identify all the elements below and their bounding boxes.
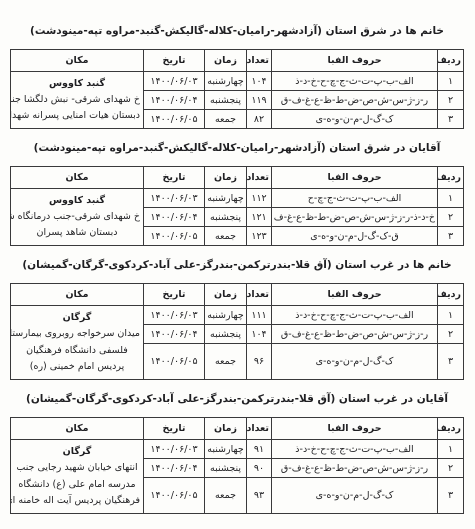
schedule-table: ردیف حروف الفبا تعداد زمان تاریخ مکان ۱ …: [10, 49, 464, 129]
day-cell: پنجشنبه: [205, 459, 247, 478]
table-row: ۱ الف-ب-پ-ت-ث-ج-چ-ح-خ-د-ذ ۹۱ چهارشنبه ۱۴…: [11, 440, 464, 459]
day-cell: پنجشنبه: [205, 208, 247, 227]
row-number: ۳: [438, 344, 464, 380]
col-header-letters: حروف الفبا: [272, 418, 438, 440]
count-cell: ۱۰۴: [247, 325, 272, 344]
day-cell: پنجشنبه: [205, 91, 247, 110]
col-header-date: تاریخ: [144, 284, 205, 306]
location-cell: گنبد کاووس خ شهدای شرقی-جنب درمانگاه شما…: [11, 189, 144, 246]
col-header-letters: حروف الفبا: [272, 50, 438, 72]
location-line: مدرسه امام علی (ع) دانشگاه: [14, 477, 140, 493]
section-title: خانم ها در غرب استان (آق قلا-بندرترکمن-ب…: [10, 259, 464, 271]
col-header-place: مکان: [11, 418, 144, 440]
location-city: گنبد کاووس: [14, 193, 140, 209]
row-number: ۲: [438, 459, 464, 478]
table-header-row: ردیف حروف الفبا تعداد زمان تاریخ مکان: [11, 167, 464, 189]
schedule-table: ردیف حروف الفبا تعداد زمان تاریخ مکان ۱ …: [10, 283, 464, 380]
day-cell: جمعه: [205, 478, 247, 514]
count-cell: ۱۰۴: [247, 72, 272, 91]
col-header-day: زمان: [205, 167, 247, 189]
date-cell: ۱۴۰۰/۰۶/۰۵: [144, 227, 205, 246]
date-cell: ۱۴۰۰/۰۶/۰۳: [144, 189, 205, 208]
section-east-men: آقایان در شرق استان (آزادشهر-رامیان-کلال…: [10, 142, 464, 246]
table-row: ۱ الف-ب-پ-ت-ث-ج-چ-ح ۱۱۲ چهارشنبه ۱۴۰۰/۰۶…: [11, 189, 464, 208]
table-row: ۱ الف-ب-پ-ت-ث-ج-چ-ح-خ-د-ذ ۱۱۱ چهارشنبه ۱…: [11, 306, 464, 325]
col-header-row-number: ردیف: [438, 284, 464, 306]
col-header-date: تاریخ: [144, 50, 205, 72]
location-line: فرهنگیان پردیس آیت اله خامنه ای: [14, 493, 140, 509]
letters-cell: ک-گ-ل-م-ن-و-ه-ی: [272, 478, 438, 514]
col-header-day: زمان: [205, 284, 247, 306]
count-cell: ۹۳: [247, 478, 272, 514]
section-title: خانم ها در شرق استان (آزادشهر-رامیان-کلا…: [10, 25, 464, 37]
col-header-date: تاریخ: [144, 167, 205, 189]
row-number: ۱: [438, 72, 464, 91]
location-cell: گنبد کاووس خ شهدای شرقی- نبش دلگشا جنوبی…: [11, 72, 144, 129]
col-header-place: مکان: [11, 284, 144, 306]
date-cell: ۱۴۰۰/۰۶/۰۳: [144, 440, 205, 459]
location-line: خ شهدای شرقی-جنب درمانگاه شماره۳: [14, 209, 140, 225]
row-number: ۳: [438, 227, 464, 246]
col-header-letters: حروف الفبا: [272, 284, 438, 306]
scanned-schedule-document: خانم ها در شرق استان (آزادشهر-رامیان-کلا…: [0, 0, 475, 514]
location-city: گنبد کاووس: [14, 76, 140, 92]
letters-cell: الف-ب-پ-ت-ث-ج-چ-ح-خ-د-ذ: [272, 72, 438, 91]
location-cell: گرگان انتهای خیابان شهید رجایی جنب مدرسه…: [11, 440, 144, 514]
col-header-count: تعداد: [247, 418, 272, 440]
date-cell: ۱۴۰۰/۰۶/۰۴: [144, 208, 205, 227]
day-cell: جمعه: [205, 344, 247, 380]
letters-cell: الف-ب-پ-ت-ث-ج-چ-ح: [272, 189, 438, 208]
schedule-table: ردیف حروف الفبا تعداد زمان تاریخ مکان ۱ …: [10, 417, 464, 514]
day-cell: چهارشنبه: [205, 306, 247, 325]
location-line: دبستان هیات امنایی پسرانه شهدا: [14, 108, 140, 124]
col-header-date: تاریخ: [144, 418, 205, 440]
day-cell: جمعه: [205, 110, 247, 129]
letters-cell: خ-د-ذ-ر-ز-ژ-س-ش-ص-ض-ط-ظ-ع-غ-ف: [272, 208, 438, 227]
letters-cell: ر-ز-ژ-س-ش-ص-ض-ط-ظ-ع-غ-ف-ق: [272, 325, 438, 344]
table-header-row: ردیف حروف الفبا تعداد زمان تاریخ مکان: [11, 284, 464, 306]
date-cell: ۱۴۰۰/۰۶/۰۴: [144, 91, 205, 110]
col-header-count: تعداد: [247, 50, 272, 72]
date-cell: ۱۴۰۰/۰۶/۰۵: [144, 344, 205, 380]
letters-cell: ر-ز-ژ-س-ش-ص-ض-ط-ظ-ع-غ-ف-ق: [272, 459, 438, 478]
section-west-men: آقایان در غرب استان (آق قلا-بندرترکمن-بن…: [10, 393, 464, 514]
date-cell: ۱۴۰۰/۰۶/۰۳: [144, 72, 205, 91]
row-number: ۱: [438, 440, 464, 459]
date-cell: ۱۴۰۰/۰۶/۰۳: [144, 306, 205, 325]
location-city: گرگان: [14, 310, 140, 326]
section-title: آقایان در شرق استان (آزادشهر-رامیان-کلال…: [10, 142, 464, 154]
count-cell: ۹۶: [247, 344, 272, 380]
date-cell: ۱۴۰۰/۰۶/۰۵: [144, 478, 205, 514]
count-cell: ۹۰: [247, 459, 272, 478]
count-cell: ۱۱۱: [247, 306, 272, 325]
day-cell: چهارشنبه: [205, 72, 247, 91]
section-west-women: خانم ها در غرب استان (آق قلا-بندرترکمن-ب…: [10, 259, 464, 380]
location-line: میدان سرخواجه روبروی بیمارستان: [14, 326, 140, 342]
col-header-place: مکان: [11, 167, 144, 189]
col-header-row-number: ردیف: [438, 50, 464, 72]
location-line: فلسفی دانشگاه فرهنگیان: [14, 343, 140, 359]
row-number: ۱: [438, 189, 464, 208]
date-cell: ۱۴۰۰/۰۶/۰۴: [144, 325, 205, 344]
count-cell: ۸۲: [247, 110, 272, 129]
row-number: ۲: [438, 208, 464, 227]
col-header-count: تعداد: [247, 167, 272, 189]
count-cell: ۱۱۹: [247, 91, 272, 110]
col-header-row-number: ردیف: [438, 167, 464, 189]
date-cell: ۱۴۰۰/۰۶/۰۵: [144, 110, 205, 129]
col-header-count: تعداد: [247, 284, 272, 306]
date-cell: ۱۴۰۰/۰۶/۰۴: [144, 459, 205, 478]
letters-cell: الف-ب-پ-ت-ث-ج-چ-ح-خ-د-ذ: [272, 440, 438, 459]
day-cell: چهارشنبه: [205, 189, 247, 208]
table-header-row: ردیف حروف الفبا تعداد زمان تاریخ مکان: [11, 50, 464, 72]
letters-cell: ر-ز-ژ-س-ش-ص-ض-ط-ظ-ع-غ-ف-ق: [272, 91, 438, 110]
day-cell: پنجشنبه: [205, 325, 247, 344]
row-number: ۱: [438, 306, 464, 325]
row-number: ۳: [438, 110, 464, 129]
letters-cell: ق-ک-گ-ل-م-ن-و-ه-ی: [272, 227, 438, 246]
col-header-day: زمان: [205, 418, 247, 440]
location-line: خ شهدای شرقی- نبش دلگشا جنوبی: [14, 92, 140, 108]
table-row: ۱ الف-ب-پ-ت-ث-ج-چ-ح-خ-د-ذ ۱۰۴ چهارشنبه ۱…: [11, 72, 464, 91]
row-number: ۲: [438, 325, 464, 344]
letters-cell: ک-گ-ل-م-ن-و-ه-ی: [272, 110, 438, 129]
location-line: انتهای خیابان شهید رجایی جنب: [14, 460, 140, 476]
table-header-row: ردیف حروف الفبا تعداد زمان تاریخ مکان: [11, 418, 464, 440]
row-number: ۲: [438, 91, 464, 110]
section-east-women: خانم ها در شرق استان (آزادشهر-رامیان-کلا…: [10, 25, 464, 129]
location-line: پردیس امام خمینی (ره): [14, 359, 140, 375]
count-cell: ۱۱۲: [247, 189, 272, 208]
count-cell: ۱۲۳: [247, 227, 272, 246]
location-cell: گرگان میدان سرخواجه روبروی بیمارستان فلس…: [11, 306, 144, 380]
day-cell: جمعه: [205, 227, 247, 246]
col-header-row-number: ردیف: [438, 418, 464, 440]
letters-cell: ک-گ-ل-م-ن-و-ه-ی: [272, 344, 438, 380]
count-cell: ۱۲۱: [247, 208, 272, 227]
section-title: آقایان در غرب استان (آق قلا-بندرترکمن-بن…: [10, 393, 464, 405]
location-city: گرگان: [14, 444, 140, 460]
row-number: ۳: [438, 478, 464, 514]
col-header-place: مکان: [11, 50, 144, 72]
count-cell: ۹۱: [247, 440, 272, 459]
col-header-letters: حروف الفبا: [272, 167, 438, 189]
location-line: دبستان شاهد پسران: [14, 225, 140, 241]
day-cell: چهارشنبه: [205, 440, 247, 459]
letters-cell: الف-ب-پ-ت-ث-ج-چ-ح-خ-د-ذ: [272, 306, 438, 325]
col-header-day: زمان: [205, 50, 247, 72]
schedule-table: ردیف حروف الفبا تعداد زمان تاریخ مکان ۱ …: [10, 166, 464, 246]
